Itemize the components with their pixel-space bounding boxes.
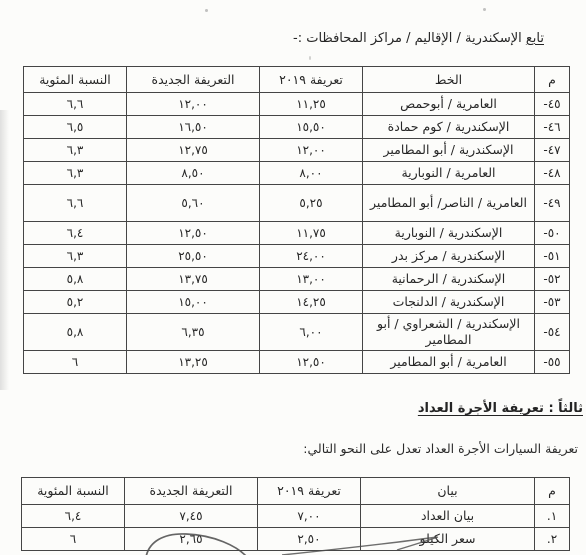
percent-cell: ٦,٣ [24, 245, 127, 268]
table-row: ٥٥- العامرية / أبو المطامير ١٢,٥٠ ١٣,٢٥ … [24, 351, 570, 374]
tariff2019-cell: ٨,٠٠ [260, 162, 363, 185]
new-tariff-cell: ٦,٣٥ [127, 314, 260, 351]
new-tariff-cell: ٢٥,٥٠ [127, 245, 260, 268]
line-cell: الإسكندرية / مركز بدر [363, 245, 535, 268]
header-new-tariff: التعريفة الجديدة [127, 67, 260, 93]
new-tariff-cell: ١٢,٥٠ [127, 222, 260, 245]
line-cell: العامرية / أبو المطامير [363, 351, 535, 374]
num-cell: ٤٨- [535, 162, 570, 185]
percent-cell: ٥,٨ [24, 268, 127, 291]
table-row: ٤٨- العامرية / النوبارية ٨,٠٠ ٨,٥٠ ٦,٣ [24, 162, 570, 185]
percent-cell: ٦,٤ [22, 505, 125, 528]
new-tariff-cell: ٥,٦٠ [127, 185, 260, 222]
scan-speck [205, 9, 208, 12]
header-num: م [535, 478, 570, 505]
new-tariff-cell: ٢,٦٥ [125, 528, 258, 551]
line-cell: الإسكندرية / كوم حمادة [363, 116, 535, 139]
new-tariff-cell: ١٥,٠٠ [127, 291, 260, 314]
num-cell: ٥٢- [535, 268, 570, 291]
new-tariff-cell: ٨,٥٠ [127, 162, 260, 185]
percent-cell: ٦,٦ [24, 93, 127, 116]
line-cell: الإسكندرية / الشعراوي / أبو المطامير [363, 314, 535, 351]
table-row: ٥٠- الإسكندرية / النوبارية ١١,٧٥ ١٢,٥٠ ٦… [24, 222, 570, 245]
percent-cell: ٦,٦ [24, 185, 127, 222]
num-cell: ٤٥- [535, 93, 570, 116]
section-heading-meter-tariff: ثالثاً : تعريفة الأجرة العداد [418, 401, 583, 416]
scan-speck [483, 8, 486, 11]
new-tariff-cell: ١٦,٥٠ [127, 116, 260, 139]
new-tariff-cell: ١٢,٧٥ [127, 139, 260, 162]
title-rest: الإسكندرية / الإقاليم / مراكز المحافظات … [293, 31, 526, 46]
header-tariff-2019: تعريفة ٢٠١٩ [258, 478, 361, 505]
tariff2019-cell: ٦,٠٠ [260, 314, 363, 351]
tariff2019-cell: ٧,٠٠ [258, 505, 361, 528]
table-header-row: م الخط تعريفة ٢٠١٩ التعريفة الجديدة النس… [24, 67, 570, 93]
line-cell: العامرية / النوبارية [363, 162, 535, 185]
tariff2019-cell: ٢,٥٠ [258, 528, 361, 551]
num-cell: ٢. [535, 528, 570, 551]
line-cell: العامرية / أبوحمص [363, 93, 535, 116]
scanned-document-page: تابع الإسكندرية / الإقاليم / مراكز المحا… [0, 0, 586, 555]
table-row: ٥٤- الإسكندرية / الشعراوي / أبو المطامير… [24, 314, 570, 351]
percent-cell: ٦,٥ [24, 116, 127, 139]
title-underlined-word: تابع [526, 31, 544, 46]
table-row: ٥١- الإسكندرية / مركز بدر ٢٤,٠٠ ٢٥,٥٠ ٦,… [24, 245, 570, 268]
table-row: ٥٢- الإسكندرية / الرحمانية ١٣,٠٠ ١٣,٧٥ ٥… [24, 268, 570, 291]
num-cell: ٥٣- [535, 291, 570, 314]
table-row: ٤٥- العامرية / أبوحمص ١١,٢٥ ١٢,٠٠ ٦,٦ [24, 93, 570, 116]
table-row: ١. بيان العداد ٧,٠٠ ٧,٤٥ ٦,٤ [22, 505, 570, 528]
num-cell: ٥٤- [535, 314, 570, 351]
table-row: ٢. سعر الكيلو ٢,٥٠ ٢,٦٥ ٦ [22, 528, 570, 551]
new-tariff-cell: ١٢,٠٠ [127, 93, 260, 116]
new-tariff-cell: ١٣,٢٥ [127, 351, 260, 374]
table-row: ٤٧- الإسكندرية / أبو المطامير ١٢,٠٠ ١٢,٧… [24, 139, 570, 162]
header-percent: النسبة المئوية [22, 478, 125, 505]
line-cell: العامرية / الناصر/ أبو المطامير [363, 185, 535, 222]
percent-cell: ٥,٨ [24, 314, 127, 351]
tariff2019-cell: ٥,٢٥ [260, 185, 363, 222]
table-header-row: م بيان تعريفة ٢٠١٩ التعريفة الجديدة النس… [22, 478, 570, 505]
num-cell: ٤٩- [535, 185, 570, 222]
new-tariff-cell: ١٣,٧٥ [127, 268, 260, 291]
percent-cell: ٦,٣ [24, 139, 127, 162]
num-cell: ٤٧- [535, 139, 570, 162]
line-cell: الإسكندرية / الدلنجات [363, 291, 535, 314]
section-intro-text: تعريفة السيارات الأجرة العداد تعدل على ا… [303, 441, 578, 456]
percent-cell: ٦,٤ [24, 222, 127, 245]
meter-tariff-table: م بيان تعريفة ٢٠١٩ التعريفة الجديدة النس… [21, 477, 570, 551]
percent-cell: ٦,٣ [24, 162, 127, 185]
tariff2019-cell: ١٤,٢٥ [260, 291, 363, 314]
desc-cell: بيان العداد [361, 505, 535, 528]
header-new-tariff: التعريفة الجديدة [125, 478, 258, 505]
page-title: تابع الإسكندرية / الإقاليم / مراكز المحا… [293, 31, 544, 46]
table-row: ٥٣- الإسكندرية / الدلنجات ١٤,٢٥ ١٥,٠٠ ٥,… [24, 291, 570, 314]
header-num: م [535, 67, 570, 93]
num-cell: ٥٥- [535, 351, 570, 374]
tariff2019-cell: ١٢,٥٠ [260, 351, 363, 374]
tariff2019-cell: ١٥,٥٠ [260, 116, 363, 139]
scan-edge-smudge [0, 110, 9, 390]
header-percent: النسبة المئوية [24, 67, 127, 93]
tariff2019-cell: ٢٤,٠٠ [260, 245, 363, 268]
new-tariff-cell: ٧,٤٥ [125, 505, 258, 528]
table-row: ٤٦- الإسكندرية / كوم حمادة ١٥,٥٠ ١٦,٥٠ ٦… [24, 116, 570, 139]
tariff2019-cell: ١٣,٠٠ [260, 268, 363, 291]
num-cell: ٤٦- [535, 116, 570, 139]
num-cell: ٥٠- [535, 222, 570, 245]
num-cell: ١. [535, 505, 570, 528]
table-row: ٤٩- العامرية / الناصر/ أبو المطامير ٥,٢٥… [24, 185, 570, 222]
header-line: الخط [363, 67, 535, 93]
line-cell: الإسكندرية / النوبارية [363, 222, 535, 245]
tariff2019-cell: ١١,٧٥ [260, 222, 363, 245]
percent-cell: ٦ [22, 528, 125, 551]
tariff2019-cell: ١١,٢٥ [260, 93, 363, 116]
percent-cell: ٥,٢ [24, 291, 127, 314]
header-desc: بيان [361, 478, 535, 505]
scan-speck [309, 56, 311, 60]
percent-cell: ٦ [24, 351, 127, 374]
line-cell: الإسكندرية / الرحمانية [363, 268, 535, 291]
header-tariff-2019: تعريفة ٢٠١٩ [260, 67, 363, 93]
regions-tariff-table: م الخط تعريفة ٢٠١٩ التعريفة الجديدة النس… [23, 66, 570, 374]
desc-cell: سعر الكيلو [361, 528, 535, 551]
tariff2019-cell: ١٢,٠٠ [260, 139, 363, 162]
num-cell: ٥١- [535, 245, 570, 268]
line-cell: الإسكندرية / أبو المطامير [363, 139, 535, 162]
